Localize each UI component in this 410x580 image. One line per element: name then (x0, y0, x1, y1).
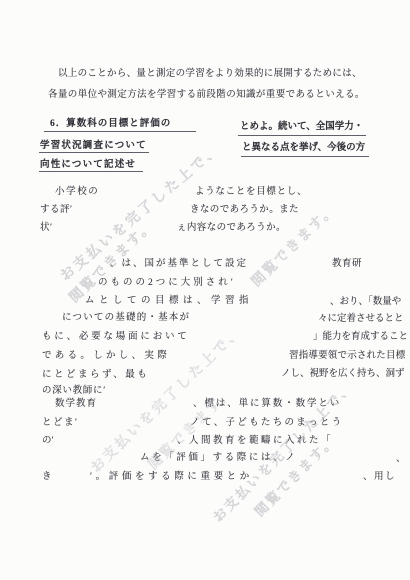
body-text-fragment: とどま′ (42, 417, 79, 429)
body-text-fragment: 以上のことから、量と測定の学習をより効果的に展開するためには、 (58, 68, 362, 80)
heading-underline (238, 135, 366, 136)
body-text-fragment: についての基礎的・基本が (62, 312, 190, 324)
heading-underline (241, 156, 369, 157)
heading-text-fragment: と異なる点を挙げ、今後の方 (242, 142, 365, 154)
heading-underline (39, 171, 143, 172)
body-text-fragment: する評′ (40, 204, 73, 216)
heading-text-fragment: 学習状況調査について (40, 140, 147, 152)
body-text-fragment: のものの2つに大別され′ (98, 277, 236, 289)
body-text-fragment: の深い教師に′ (42, 385, 106, 397)
body-text-fragment: にとどまらず、最も (42, 369, 149, 381)
body-text-fragment: 各量の単位や測定方法を学習する前段階の知識が重要であるといえる。 (48, 89, 365, 101)
document-page: 以上のことから、量と測定の学習をより効果的に展開するためには、各量の単位や測定方… (0, 0, 410, 580)
body-text-fragment: 、は、国が基準として設定 (110, 258, 248, 270)
body-text-fragment: ようなことを目標とし、 (195, 186, 307, 198)
body-text-fragment: の′ (42, 435, 54, 447)
body-text-fragment: ムとしての目標は、学習指 (85, 295, 253, 307)
body-text-fragment: 教育研 (332, 258, 362, 270)
body-text-fragment: 、おり、「数量や (330, 296, 401, 308)
heading-text-fragment: とめよ。続いて、全国学力・ (240, 121, 363, 133)
body-text-fragment: もに、必要な場面において (42, 331, 190, 343)
heading-text-fragment: 向性について記述せ (40, 159, 136, 171)
body-text-fragment: 、 (396, 453, 406, 465)
body-text-fragment: である。しかし、実際 (42, 350, 170, 362)
heading-text-fragment: 6．算数科の目標と評価の (50, 118, 171, 130)
body-text-fragment: 習指導要領で示された目標 (289, 350, 405, 362)
body-text-fragment: 」能力を育成すること (313, 331, 408, 343)
heading-underline (39, 152, 149, 153)
body-text-fragment: 々に定着させるとと (318, 313, 404, 325)
body-text-fragment: ′。評価をする際に重要とか (90, 471, 253, 483)
body-text-fragment: 、用し (363, 471, 396, 483)
body-text-fragment: ぇ内容なのであろうか。 (177, 222, 286, 234)
heading-underline (44, 131, 196, 132)
body-text-fragment: 状′ (40, 222, 53, 234)
body-text-fragment: 数学教育 (55, 398, 97, 410)
body-text-fragment: き (42, 471, 52, 483)
body-text-fragment: きなのであろうか。また (190, 204, 299, 216)
body-text-fragment: 小学校の (55, 186, 99, 198)
